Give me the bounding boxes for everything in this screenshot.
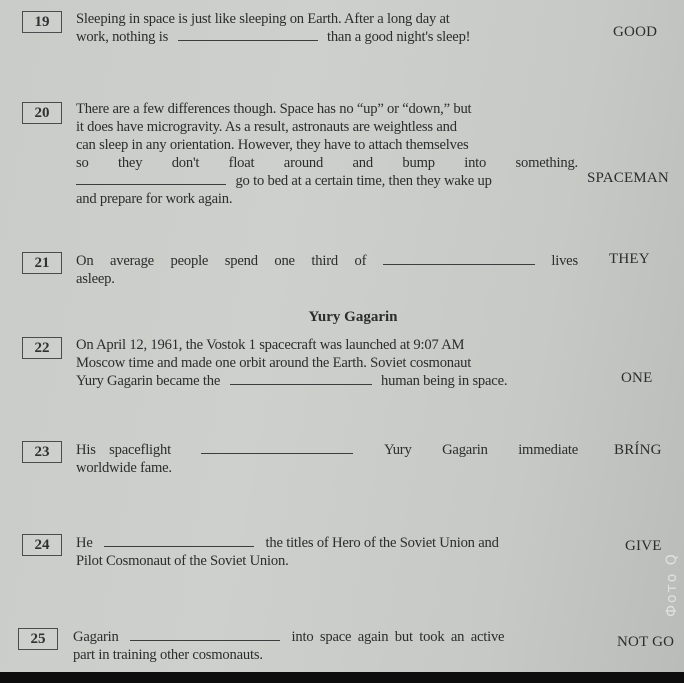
task-number-box: 20 — [22, 102, 62, 124]
bottom-edge — [0, 672, 684, 683]
text-line: so they don't float around and bump into… — [76, 154, 578, 172]
answer-blank[interactable] — [76, 172, 226, 185]
task-number-box: 23 — [22, 441, 62, 463]
keyword: SPACEMAN — [587, 170, 669, 187]
text-fragment: into space again but took an active — [292, 629, 505, 645]
watermark: Фото Q — [664, 500, 684, 670]
text-line: On April 12, 1961, the Vostok 1 spacecra… — [76, 336, 578, 354]
keyword: BRÍNG — [614, 442, 662, 459]
answer-blank[interactable] — [383, 252, 535, 265]
word: lives — [551, 252, 578, 270]
word: Yury — [384, 441, 412, 459]
text-line: asleep. — [76, 270, 578, 288]
text-fragment: He — [76, 535, 93, 551]
text-line: There are a few differences though. Spac… — [76, 100, 578, 118]
text-line: and prepare for work again. — [76, 190, 578, 208]
text-fragment: His spaceflight — [76, 441, 171, 459]
text-line: it does have microgravity. As a result, … — [76, 118, 578, 136]
text-fragment: human being in space. — [381, 373, 507, 389]
answer-blank[interactable] — [201, 441, 353, 454]
word: On — [76, 252, 93, 270]
worksheet-page: 19 Sleeping in space is just like sleepi… — [0, 0, 684, 672]
word: around — [284, 154, 323, 172]
word: and — [353, 154, 373, 172]
task-number-box: 21 — [22, 252, 62, 274]
word: third — [311, 252, 338, 270]
text-fragment: the titles of Hero of the Soviet Union a… — [266, 535, 499, 551]
word: something. — [516, 154, 578, 172]
text-line: His spaceflight Yury Gagarin immediate — [76, 441, 578, 459]
word: they — [118, 154, 142, 172]
word: so — [76, 154, 89, 172]
answer-blank[interactable] — [230, 372, 372, 385]
keyword: GIVE — [625, 538, 662, 555]
answer-blank[interactable] — [104, 534, 254, 547]
keyword: THEY — [609, 251, 650, 268]
text-line: go to bed at a certain time, then they w… — [76, 172, 578, 190]
text-line: On average people spend one third of liv… — [76, 252, 578, 270]
task-text: On average people spend one third of liv… — [76, 252, 578, 288]
text-fragment: work, nothing is — [76, 29, 168, 45]
word: average — [110, 252, 154, 270]
task-number-box: 22 — [22, 337, 62, 359]
text-line: Sleeping in space is just like sleeping … — [76, 10, 578, 28]
word: bump — [402, 154, 434, 172]
task-number-box: 25 — [18, 628, 58, 650]
text-line: work, nothing is than a good night's sle… — [76, 28, 578, 46]
task-text: There are a few differences though. Spac… — [76, 100, 578, 208]
answer-blank[interactable] — [130, 628, 280, 641]
word: spend — [225, 252, 258, 270]
text-fragment: Gagarin — [73, 629, 119, 645]
text-line: can sleep in any orientation. However, t… — [76, 136, 578, 154]
section-title: Yury Gagarin — [0, 309, 684, 326]
task-text: On April 12, 1961, the Vostok 1 spacecra… — [76, 336, 578, 390]
text-line: Pilot Cosmonaut of the Soviet Union. — [76, 552, 578, 570]
text-fragment: Yury Gagarin became the — [76, 373, 220, 389]
text-line: Gagarin into space again but took an act… — [73, 628, 575, 646]
text-fragment: go to bed at a certain time, then they w… — [235, 173, 491, 189]
word: one — [274, 252, 294, 270]
word: Gagarin — [442, 441, 488, 459]
task-text: Sleeping in space is just like sleeping … — [76, 10, 578, 46]
task-text: He the titles of Hero of the Soviet Unio… — [76, 534, 578, 570]
word: of — [355, 252, 367, 270]
task-number-box: 24 — [22, 534, 62, 556]
word: immediate — [518, 441, 578, 459]
text-fragment: than a good night's sleep! — [327, 29, 470, 45]
task-number-box: 19 — [22, 11, 62, 33]
text-line: Moscow time and made one orbit around th… — [76, 354, 578, 372]
word: into — [464, 154, 486, 172]
answer-blank[interactable] — [178, 28, 318, 41]
text-line: worldwide fame. — [76, 459, 578, 477]
keyword: ONE — [621, 370, 652, 387]
keyword: GOOD — [613, 24, 657, 41]
word: don't — [172, 154, 200, 172]
text-line: Yury Gagarin became the human being in s… — [76, 372, 578, 390]
word: float — [229, 154, 255, 172]
task-text: Gagarin into space again but took an act… — [73, 628, 575, 664]
text-line: part in training other cosmonauts. — [73, 646, 575, 664]
word: people — [171, 252, 209, 270]
text-line: He the titles of Hero of the Soviet Unio… — [76, 534, 578, 552]
task-text: His spaceflight Yury Gagarin immediate w… — [76, 441, 578, 477]
